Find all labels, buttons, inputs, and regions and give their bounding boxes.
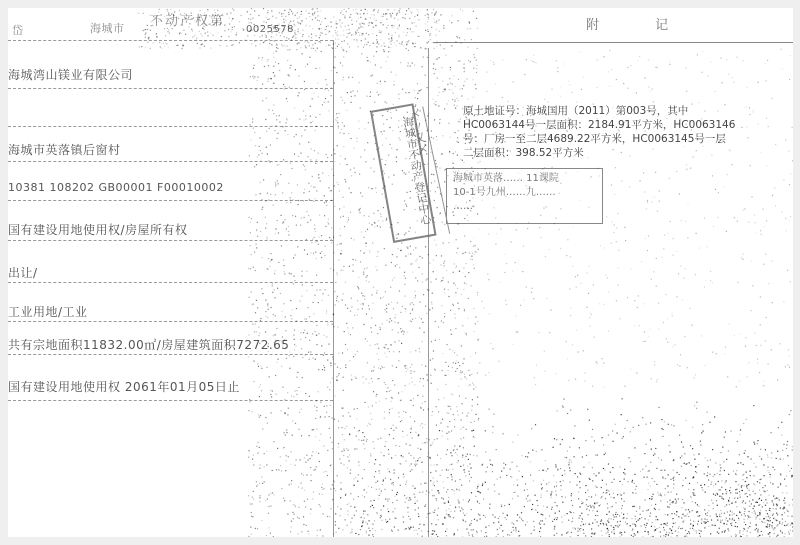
annex-title: 附 记	[586, 14, 694, 33]
row-divider	[8, 400, 333, 401]
field-area: 共有宗地面积11832.00㎡/房屋建筑面积7272.65	[8, 336, 289, 353]
fold-line	[428, 48, 429, 537]
field-right-type: 国有建设用地使用权/房屋所有权	[8, 221, 188, 238]
field-location: 海城市英落镇后窗村	[8, 141, 121, 158]
stamp-line: 海城市英落…… 11课院	[453, 172, 596, 186]
row-divider	[8, 354, 333, 355]
row-divider	[8, 161, 333, 162]
field-nature: 出让/	[8, 264, 38, 281]
annex-rule	[433, 42, 793, 43]
certificate-number: 0025578	[246, 24, 294, 35]
annotation-stamp: 海城市英落…… 11课院 10-1号九州……九…… ……	[446, 168, 603, 224]
field-term: 国有建设用地使用权 2061年01月05日止	[8, 378, 240, 395]
field-unit-no: 10381 108202 GB00001 F00010002	[8, 181, 224, 194]
header-rule	[8, 40, 333, 41]
stamp-line: 10-1号九州……九……	[453, 186, 596, 200]
row-divider	[8, 282, 333, 283]
field-usage: 工业用地/工业	[8, 303, 88, 320]
scanned-document: 岱 海城市 不动产权第 0025578 海城湾山镁业有限公司 海城市英落镇后窗村…	[8, 8, 793, 537]
column-divider	[333, 40, 334, 537]
row-divider	[8, 200, 333, 201]
row-divider	[8, 88, 333, 89]
header-city: 海城市	[90, 20, 125, 36]
certificate-title: 不动产权第	[150, 10, 225, 29]
row-divider	[8, 126, 333, 127]
row-divider	[8, 240, 333, 241]
annex-note: 原土地证号：海城国用（2011）第003号，其中 HC0063144号一层面积：…	[463, 104, 763, 160]
stamp-line: ……	[453, 200, 596, 214]
row-divider	[8, 321, 333, 322]
field-owner: 海城湾山镁业有限公司	[8, 66, 133, 83]
header-prefix: 岱	[12, 22, 24, 38]
